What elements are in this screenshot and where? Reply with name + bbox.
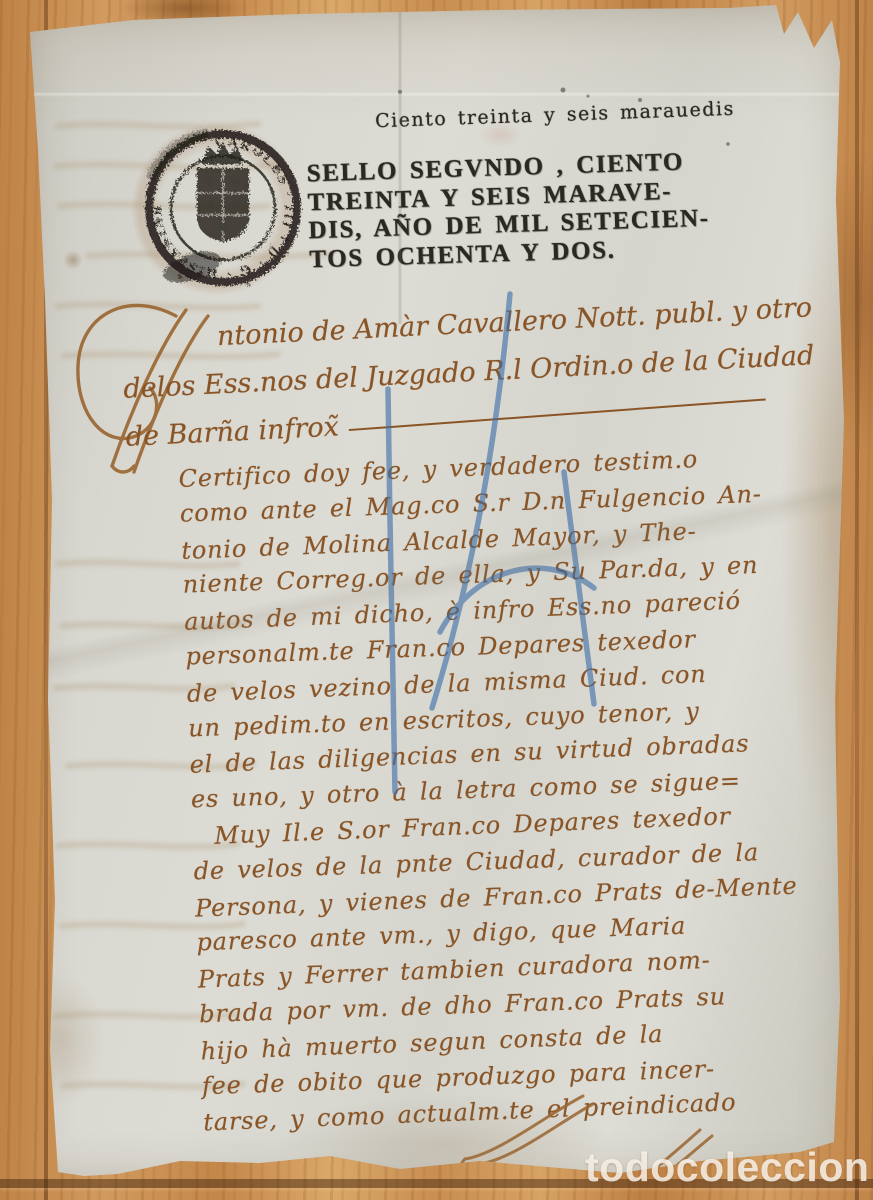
- carolus-iii-royal-seal: CAROLUS · III · D · G · HISPANIAR · REX: [128, 109, 324, 309]
- printed-revenue-block: SELLO SEGVNDO , CIENTOTREINTA Y SEIS MAR…: [306, 148, 711, 275]
- seal-coat-of-arms: [198, 144, 248, 241]
- notary-rule-line: [349, 398, 766, 431]
- todocoleccion-watermark: todocoleccion: [585, 1144, 869, 1191]
- wood-plank-seam: [855, 0, 859, 1200]
- photo-of-manuscript: CAROLUS · III · D · G · HISPANIAR · REX: [0, 0, 873, 1200]
- handwritten-body: Certifico doy fee, y verdadero testim.oc…: [178, 439, 806, 1142]
- manuscript-page: CAROLUS · III · D · G · HISPANIAR · REX: [28, 4, 846, 1180]
- tax-value-line: Ciento treinta y seis marauedis: [375, 98, 735, 133]
